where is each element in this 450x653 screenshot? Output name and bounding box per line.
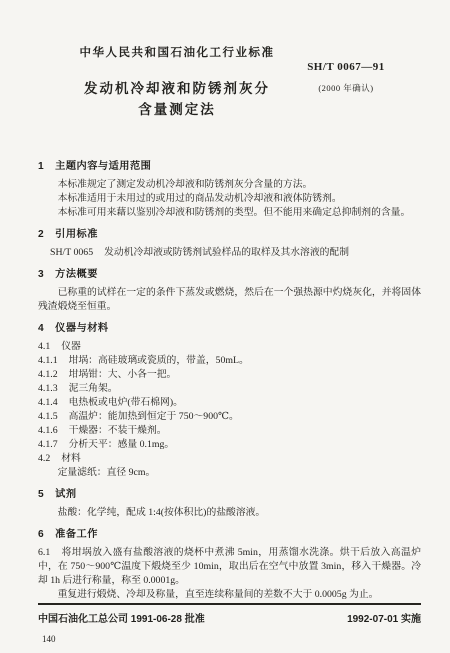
clause-text: 发动机冷却液或防锈剂试验样品的取样及其水溶液的配制 bbox=[104, 247, 349, 258]
body-paragraph: 已称重的试样在一定的条件下蒸发或燃烧，然后在一个强热源中灼烧灰化，并将固体残渣煅… bbox=[38, 286, 421, 314]
section-heading: 3方法概要 bbox=[38, 268, 421, 282]
body-paragraph: 盐酸：化学纯，配成 1:4(按体积比)的盐酸溶液。 bbox=[38, 506, 421, 520]
clause-text: 坩埚：高硅玻璃或瓷质的，带盖，50mL。 bbox=[69, 355, 249, 366]
body-paragraph: 4.1.6干燥器：不装干燥剂。 bbox=[38, 424, 421, 438]
body-paragraph: 本标准可用来藉以鉴别冷却液和防锈剂的类型。但不能用来确定总抑制剂的含量。 bbox=[38, 206, 421, 220]
clause-number: 4.1.2 bbox=[38, 369, 58, 380]
clause-number: 5 bbox=[38, 489, 44, 500]
page-number: 140 bbox=[38, 634, 421, 644]
clause-text: 方法概要 bbox=[55, 269, 98, 280]
document-footer: 中国石油化工总公司 1991-06-28 批准 1992-07-01 实施 14… bbox=[38, 603, 421, 644]
clause-text: 电热板或电炉(带石棉网)。 bbox=[69, 397, 183, 408]
body-paragraph: 4.1.2坩埚钳：大、小各一把。 bbox=[38, 368, 421, 382]
clause-number: SH/T 0065 bbox=[50, 247, 93, 258]
clause-text: 材料 bbox=[61, 453, 81, 464]
implementation-text: 1992-07-01 实施 bbox=[347, 610, 421, 625]
document-title-line1: 发动机冷却液和防锈剂灰分 bbox=[38, 78, 316, 99]
section-heading: 6准备工作 bbox=[38, 528, 421, 542]
footer-divider bbox=[38, 603, 421, 605]
body-paragraph: 4.1.1坩埚：高硅玻璃或瓷质的，带盖，50mL。 bbox=[38, 354, 421, 368]
clause-number: 2 bbox=[38, 229, 44, 240]
clause-number: 4.1.5 bbox=[38, 411, 58, 422]
body-paragraph: 4.1.5高温炉：能加热到恒定于 750～900℃。 bbox=[38, 410, 421, 424]
body-paragraph: 本标准规定了测定发动机冷却液和防锈剂灰分含量的方法。 bbox=[38, 178, 421, 192]
clause-text: 高温炉：能加热到恒定于 750～900℃。 bbox=[69, 411, 239, 422]
clause-text: 定量滤纸：直径 9cm。 bbox=[58, 467, 156, 478]
clause-text: 本标准适用于未用过的或用过的商品发动机冷却液和液体防锈剂。 bbox=[58, 193, 342, 204]
clause-text: 主题内容与适用范围 bbox=[55, 161, 151, 172]
body-paragraph: 定量滤纸：直径 9cm。 bbox=[38, 466, 421, 480]
clause-text: 本标准可用来藉以鉴别冷却液和防锈剂的类型。但不能用来确定总抑制剂的含量。 bbox=[58, 207, 411, 218]
clause-number: 4.1 bbox=[38, 341, 50, 352]
clause-text: 坩埚钳：大、小各一把。 bbox=[69, 369, 177, 380]
body-paragraph: SH/T 0065发动机冷却液或防锈剂试验样品的取样及其水溶液的配制 bbox=[38, 246, 421, 260]
clause-number: 6.1 bbox=[38, 547, 50, 558]
standard-number-block: SH/T 0067—91 (2000 年确认) bbox=[283, 61, 409, 94]
document-title: 发动机冷却液和防锈剂灰分 含量测定法 bbox=[38, 78, 316, 120]
clause-number: 6 bbox=[38, 529, 44, 540]
confirmation-note: (2000 年确认) bbox=[283, 82, 409, 94]
clause-text: 泥三角架。 bbox=[69, 383, 118, 394]
clause-text: 本标准规定了测定发动机冷却液和防锈剂灰分含量的方法。 bbox=[58, 179, 313, 190]
body-paragraph: 6.1将坩埚放入盛有盐酸溶液的烧杯中煮沸 5min，用蒸馏水洗涤。烘干后放入高温… bbox=[38, 546, 421, 588]
clause-text: 将坩埚放入盛有盐酸溶液的烧杯中煮沸 5min，用蒸馏水洗涤。烘干后放入高温炉中，… bbox=[38, 547, 421, 586]
clause-text: 仪器与材料 bbox=[55, 323, 108, 334]
clause-number: 4 bbox=[38, 323, 44, 334]
clause-text: 干燥器：不装干燥剂。 bbox=[69, 425, 167, 436]
footer-row: 中国石油化工总公司 1991-06-28 批准 1992-07-01 实施 bbox=[38, 610, 421, 625]
body-paragraph: 4.1.7分析天平：感量 0.1mg。 bbox=[38, 438, 421, 452]
clause-number: 1 bbox=[38, 161, 44, 172]
section-heading: 1主题内容与适用范围 bbox=[38, 160, 421, 174]
clause-text: 准备工作 bbox=[55, 529, 98, 540]
body-paragraph: 本标准适用于未用过的或用过的商品发动机冷却液和液体防锈剂。 bbox=[38, 192, 421, 206]
body-paragraph: 4.2材料 bbox=[38, 452, 421, 466]
clause-text: 引用标准 bbox=[55, 229, 98, 240]
document-body: 1主题内容与适用范围本标准规定了测定发动机冷却液和防锈剂灰分含量的方法。本标准适… bbox=[38, 160, 421, 602]
body-paragraph: 重复进行煅烧、冷却及称量，直至连续称量间的差数不大于 0.0005g 为止。 bbox=[38, 588, 421, 602]
clause-text: 试剂 bbox=[55, 489, 76, 500]
clause-number: 4.1.3 bbox=[38, 383, 58, 394]
section-heading: 2引用标准 bbox=[38, 228, 421, 242]
body-paragraph: 4.1.4电热板或电炉(带石棉网)。 bbox=[38, 396, 421, 410]
clause-text: 盐酸：化学纯，配成 1:4(按体积比)的盐酸溶液。 bbox=[58, 507, 266, 518]
section-heading: 4仪器与材料 bbox=[38, 322, 421, 336]
clause-number: 4.1.6 bbox=[38, 425, 58, 436]
standard-org-line: 中华人民共和国石油化工行业标准 bbox=[38, 44, 316, 60]
section-heading: 5试剂 bbox=[38, 488, 421, 502]
document-page: 中华人民共和国石油化工行业标准 发动机冷却液和防锈剂灰分 含量测定法 SH/T … bbox=[0, 0, 450, 653]
clause-number: 4.1.7 bbox=[38, 439, 58, 450]
clause-text: 仪器 bbox=[61, 341, 81, 352]
body-paragraph: 4.1.3泥三角架。 bbox=[38, 382, 421, 396]
document-title-line2: 含量测定法 bbox=[38, 99, 316, 120]
clause-text: 分析天平：感量 0.1mg。 bbox=[69, 439, 175, 450]
approval-text: 中国石油化工总公司 1991-06-28 批准 bbox=[38, 610, 205, 625]
clause-number: 4.1.1 bbox=[38, 355, 58, 366]
clause-number: 4.2 bbox=[38, 453, 50, 464]
clause-text: 重复进行煅烧、冷却及称量，直至连续称量间的差数不大于 0.0005g 为止。 bbox=[58, 589, 379, 600]
clause-number: 3 bbox=[38, 269, 44, 280]
body-paragraph: 4.1仪器 bbox=[38, 340, 421, 354]
clause-number: 4.1.4 bbox=[38, 397, 58, 408]
clause-text: 已称重的试样在一定的条件下蒸发或燃烧，然后在一个强热源中灼烧灰化，并将固体残渣煅… bbox=[38, 287, 421, 312]
standard-number: SH/T 0067—91 bbox=[283, 61, 409, 73]
document-header: 中华人民共和国石油化工行业标准 发动机冷却液和防锈剂灰分 含量测定法 SH/T … bbox=[38, 0, 421, 160]
